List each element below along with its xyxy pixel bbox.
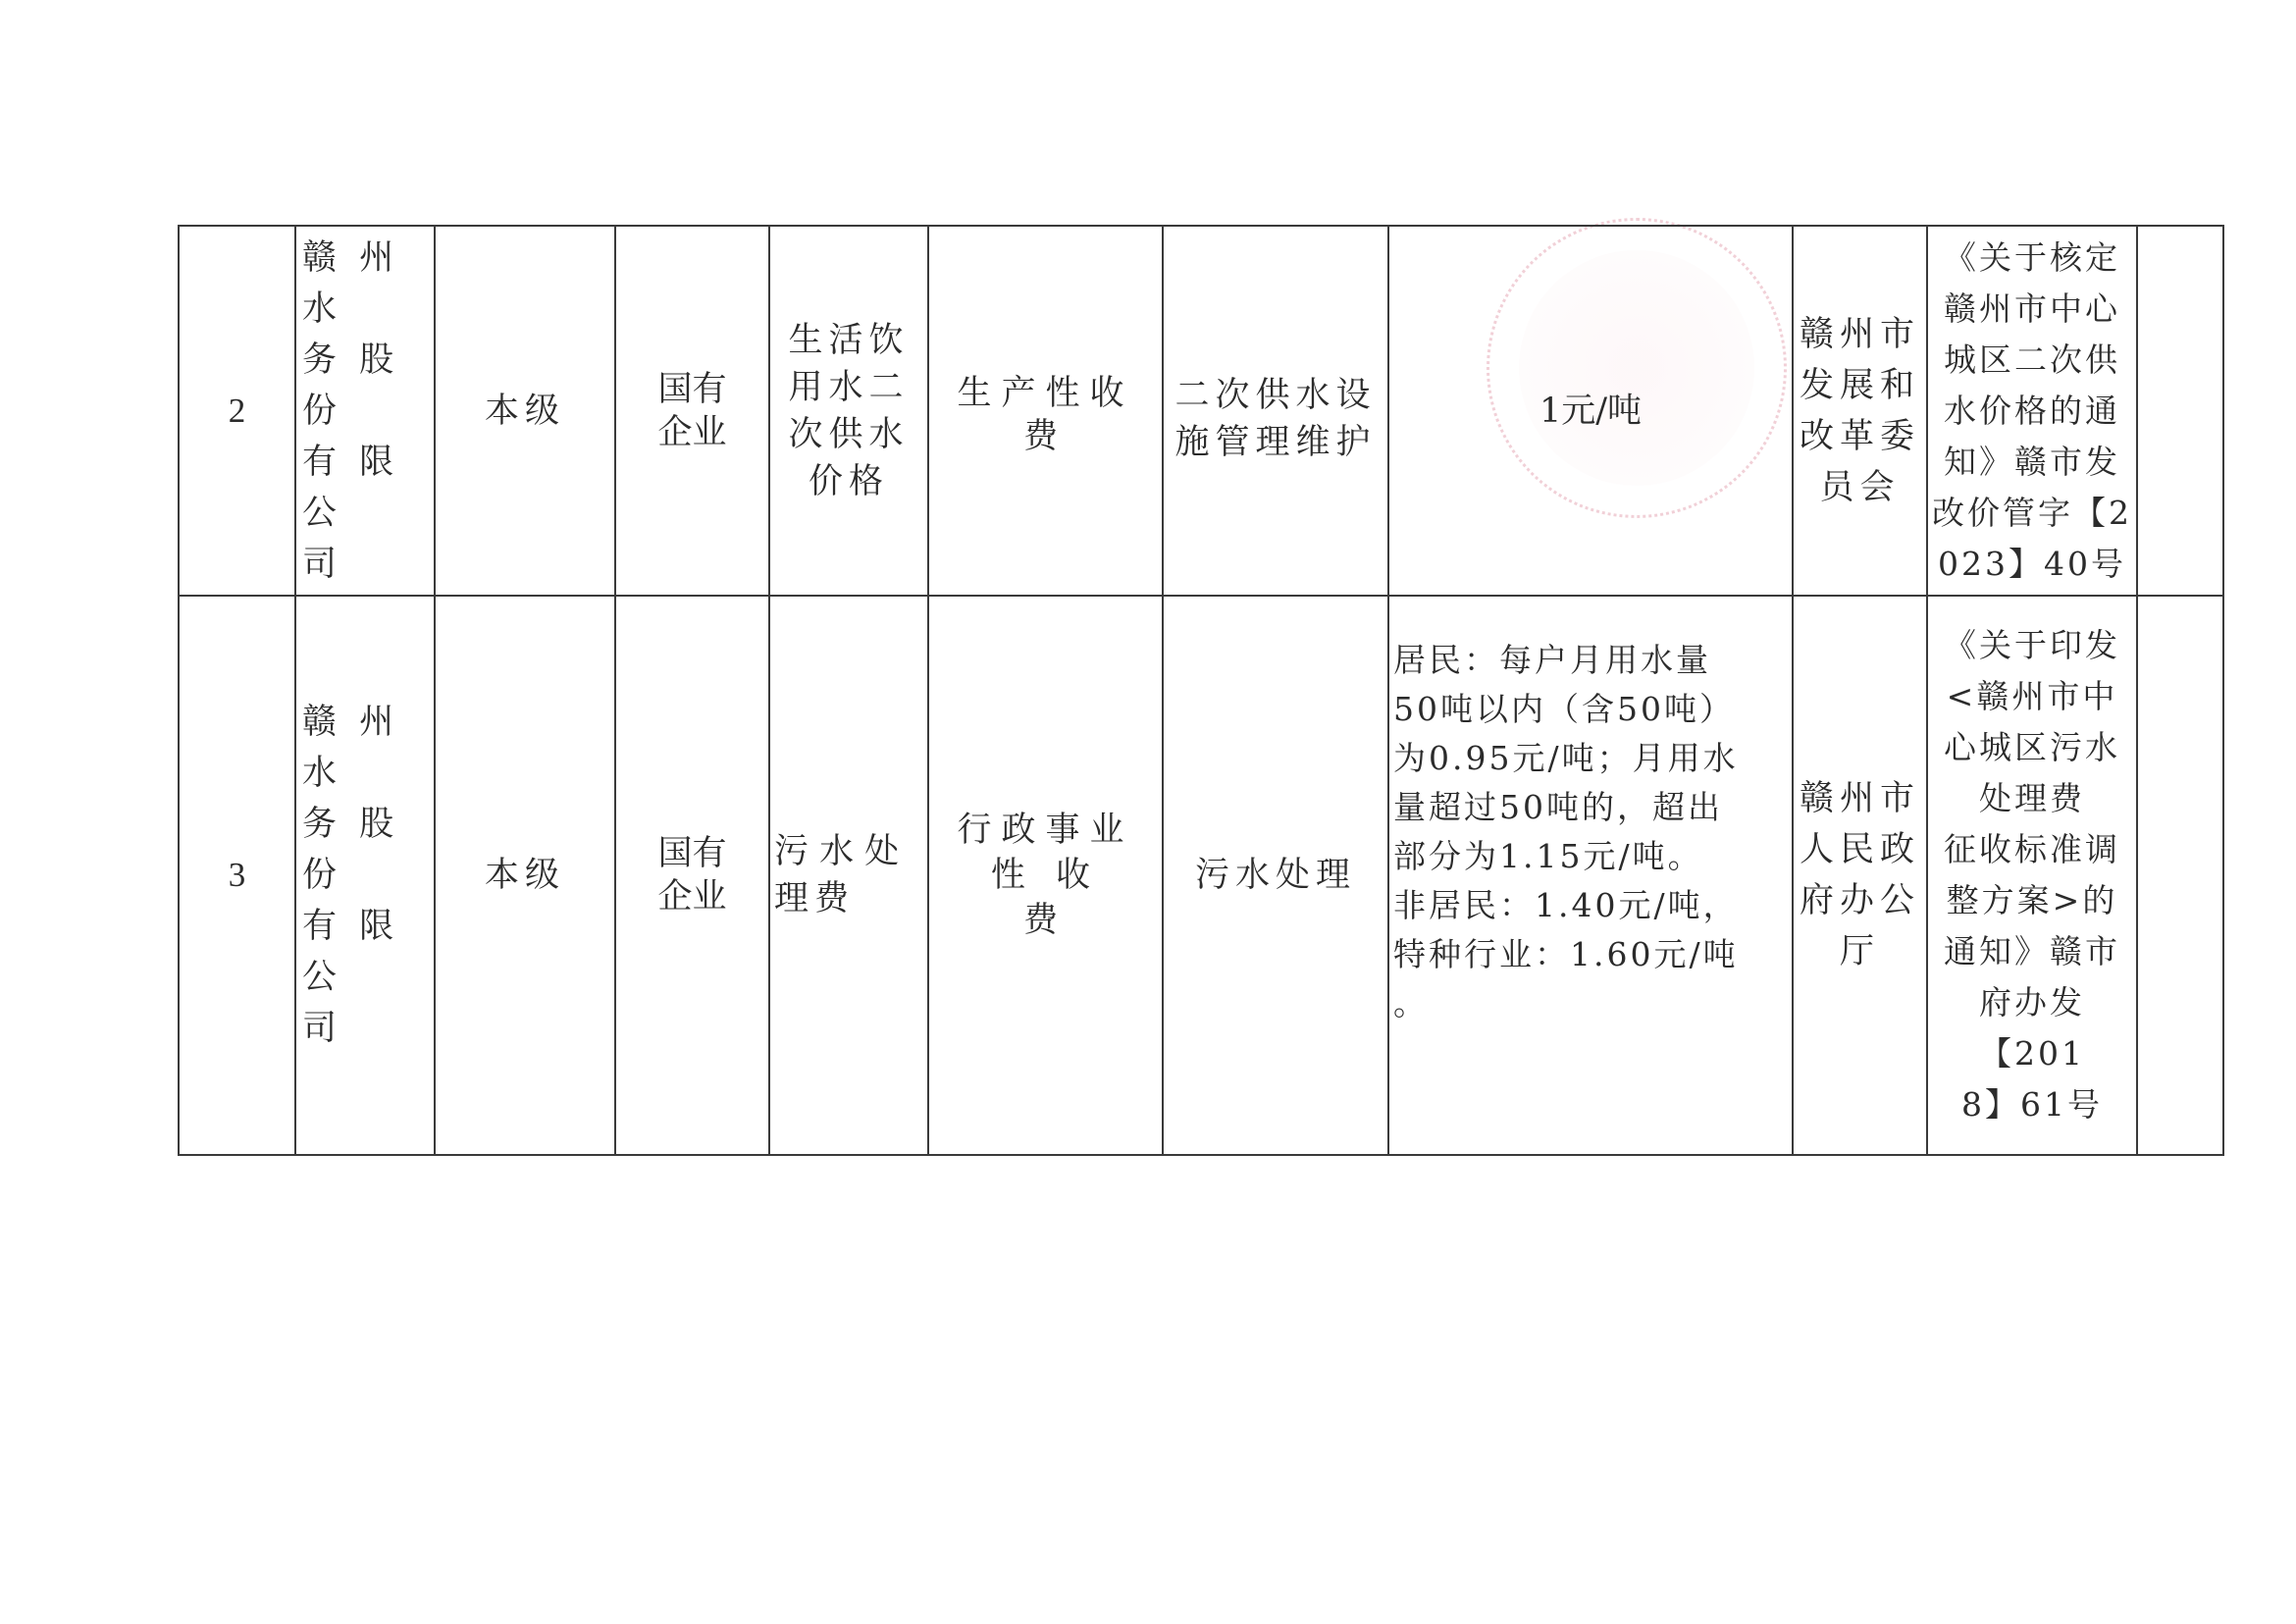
authority-line: 发展和 [1794,360,1926,411]
basis-cell: 《关于印发 <赣州市中 心城区污水 处理费 征收标准调 整方案>的 通知》赣市 … [1927,596,2137,1155]
standard-line: 非居民：1.40元/吨， [1393,881,1788,930]
basis-line: 通知》赣市 [1932,926,2132,977]
service-text: 污水处理 [1195,856,1356,895]
standard-line: 特种行业：1.60元/吨 [1393,930,1788,979]
standard-line: 。 [1393,979,1788,1028]
level-cell: 本级 [435,226,615,596]
standard-line: 50吨以内（含50吨） [1393,685,1788,734]
item-cell: 生活饮 用水二 次供水 价格 [769,226,928,596]
category-cell: 行政事业 性 收 费 [928,596,1163,1155]
unit-line: 有 限 公 [302,437,428,539]
nature-line: 国有 [616,368,768,411]
nature-cell: 国有 企业 [615,596,769,1155]
row-number-cell: 2 [179,226,295,596]
authority-line: 厅 [1794,926,1926,977]
unit-line: 赣 州 水 [302,233,428,335]
level-cell: 本级 [435,596,615,1155]
basis-line: 023】40号 [1932,539,2132,590]
authority-line: 赣州市 [1794,309,1926,360]
service-line: 施管理维护 [1164,419,1387,466]
table-row: 2 赣 州 水 务 股 份 有 限 公 司 本级 国有 企业 [179,226,2223,596]
item-line: 价格 [770,458,927,505]
basis-line: 《关于核定 [1932,233,2132,284]
authority-line: 人民政 [1794,824,1926,875]
standard-line: 部分为1.15元/吨。 [1393,832,1788,881]
basis-line: 水价格的通 [1932,386,2132,437]
remark-cell [2137,596,2223,1155]
authority-cell: 赣州市 人民政 府办公 厅 [1793,596,1927,1155]
basis-line: 改价管字【2 [1932,488,2132,539]
remark-cell [2137,226,2223,596]
category-line: 生产性收 [929,372,1162,415]
nature-cell: 国有 企业 [615,226,769,596]
category-line: 费 [929,415,1162,458]
nature-line: 国有 [616,832,768,875]
basis-line: 8】61号 [1932,1079,2132,1130]
service-cell: 污水处理 [1163,596,1388,1155]
authority-cell: 赣州市 发展和 改革委 员会 [1793,226,1927,596]
unit-line: 赣 州 水 [302,697,428,799]
unit-line: 有 限 公 [302,901,428,1003]
unit-cell: 赣 州 水 务 股 份 有 限 公 司 [295,226,435,596]
basis-line: 知》赣市发 [1932,437,2132,488]
basis-line: 处理费 [1932,773,2132,824]
level-text: 本级 [485,856,565,895]
basis-line: <赣州市中 [1932,671,2132,722]
category-cell: 生产性收 费 [928,226,1163,596]
unit-line: 司 [302,1003,428,1054]
basis-line: 赣州市中心 [1932,284,2132,335]
row-number: 3 [229,856,246,894]
standard-cell: 1元/吨 [1388,226,1793,596]
basis-line: 征收标准调 [1932,824,2132,875]
item-line: 污 水 处 [774,828,921,875]
authority-line: 赣州市 [1794,773,1926,824]
item-line: 用水二 [770,364,927,411]
basis-line: 整方案>的 [1932,875,2132,926]
table-row: 3 赣 州 水 务 股 份 有 限 公 司 本级 国有 企业 [179,596,2223,1155]
authority-line: 员会 [1794,462,1926,513]
row-number: 2 [229,392,246,430]
nature-line: 企业 [616,875,768,918]
standard-line: 量超过50吨的，超出 [1393,783,1788,832]
authority-line: 改革委 [1794,411,1926,462]
standard-text: 1元/吨 [1539,392,1642,431]
service-line: 二次供水设 [1164,372,1387,419]
unit-cell: 赣 州 水 务 股 份 有 限 公 司 [295,596,435,1155]
row-number-cell: 3 [179,596,295,1155]
basis-cell: 《关于核定 赣州市中心 城区二次供 水价格的通 知》赣市发 改价管字【2 023… [1927,226,2137,596]
document-page: 2 赣 州 水 务 股 份 有 限 公 司 本级 国有 企业 [0,0,2296,1624]
service-cell: 二次供水设 施管理维护 [1163,226,1388,596]
fee-table: 2 赣 州 水 务 股 份 有 限 公 司 本级 国有 企业 [178,225,2224,1156]
standard-line: 居民：每户月用水量 [1393,636,1788,685]
nature-line: 企业 [616,411,768,454]
authority-line: 府办公 [1794,875,1926,926]
basis-line: 府办发【201 [1932,977,2132,1079]
unit-line: 司 [302,539,428,590]
basis-line: 《关于印发 [1932,620,2132,671]
category-line: 费 [929,898,1162,943]
level-text: 本级 [485,392,565,431]
unit-line: 务 股 份 [302,799,428,901]
basis-line: 心城区污水 [1932,722,2132,773]
item-line: 生活饮 [770,317,927,364]
category-line: 行政事业 [929,808,1162,853]
basis-line: 城区二次供 [1932,335,2132,386]
item-cell: 污 水 处 理费 [769,596,928,1155]
unit-line: 务 股 份 [302,335,428,437]
item-line: 理费 [774,875,921,922]
standard-cell: 居民：每户月用水量 50吨以内（含50吨） 为0.95元/吨；月用水 量超过50… [1388,596,1793,1155]
category-line: 性 收 [929,853,1162,898]
item-line: 次供水 [770,411,927,458]
standard-line: 为0.95元/吨；月用水 [1393,734,1788,783]
